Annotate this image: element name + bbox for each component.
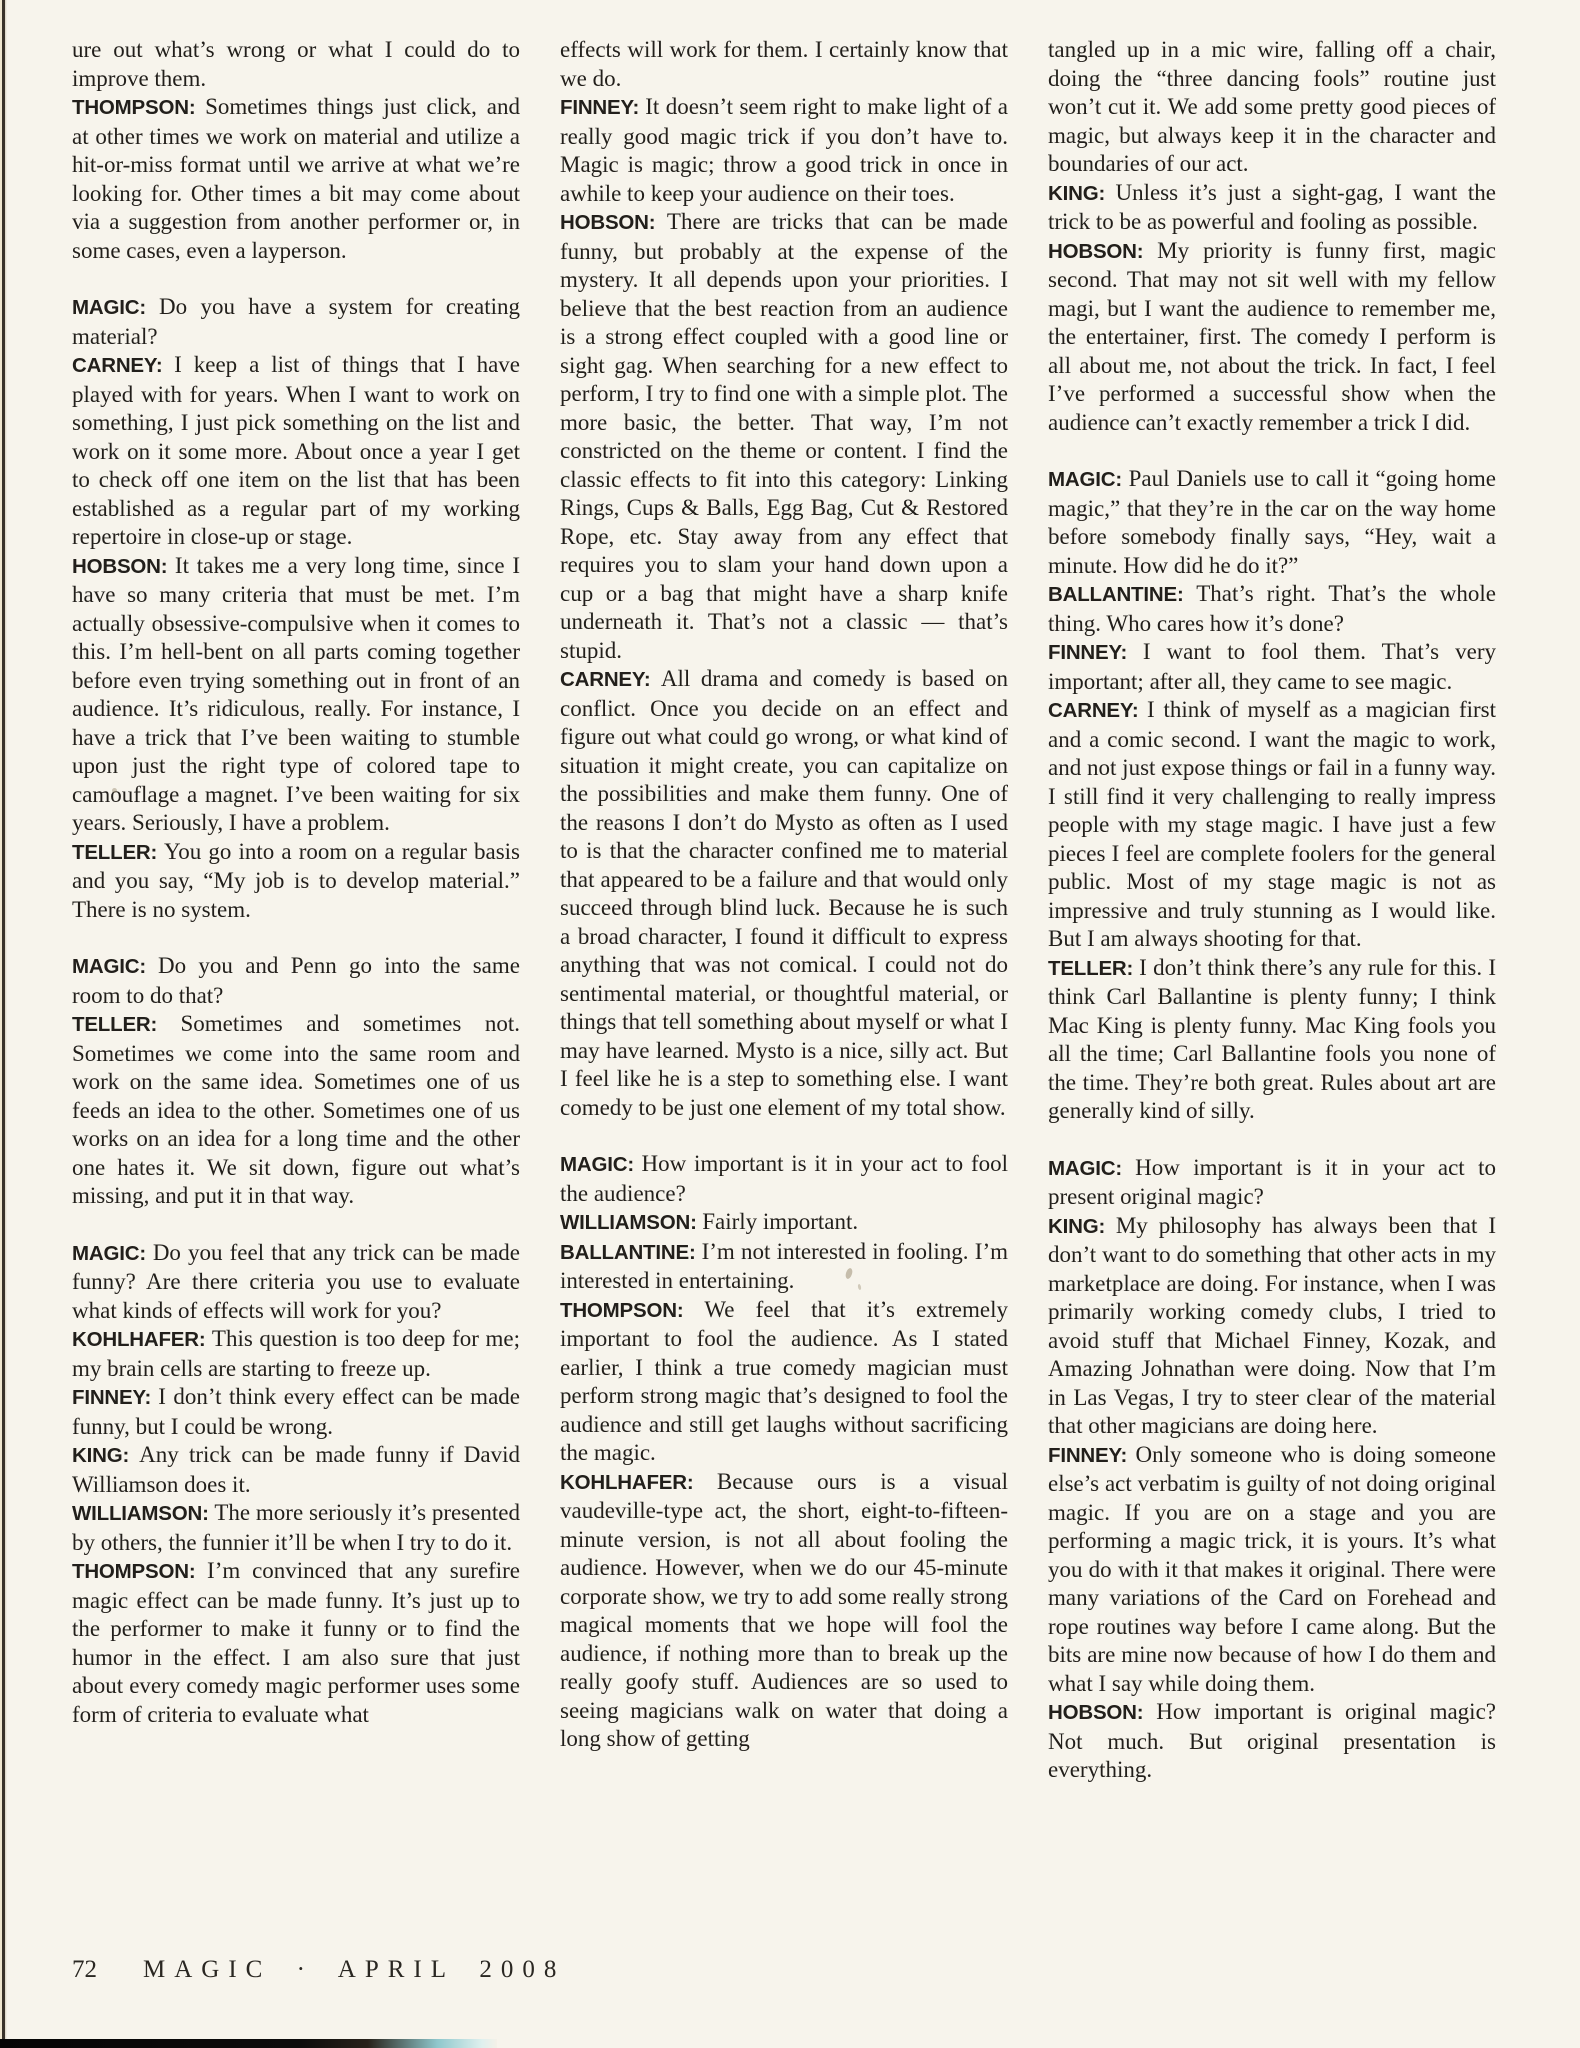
dialogue-paragraph: CARNEY: I think of myself as a magician … (1048, 696, 1496, 954)
dialogue-paragraph: KING: Unless it’s just a sight-gag, I wa… (1048, 179, 1496, 237)
dialogue-paragraph: KOHLHAFER: Because ours is a visual vaud… (560, 1468, 1008, 1754)
dialogue-paragraph: HOBSON: It takes me a very long time, si… (72, 552, 520, 838)
dialogue-paragraph: KOHLHAFER: This question is too deep for… (72, 1325, 520, 1383)
speaker-label: TELLER: (1048, 957, 1139, 980)
speaker-label: CARNEY: (1048, 699, 1147, 722)
speaker-label: KING: (72, 1444, 139, 1467)
article-column-1: ure out what’s wrong or what I could do … (72, 36, 520, 1948)
dialogue-paragraph: HOBSON: My priority is funny first, magi… (1048, 237, 1496, 438)
dialogue-paragraph: CARNEY: All drama and comedy is based on… (560, 665, 1008, 1122)
dialogue-paragraph: FINNEY: It doesn’t seem right to make li… (560, 93, 1008, 208)
dialogue-paragraph: MAGIC: How important is it in your act t… (560, 1150, 1008, 1208)
dialogue-paragraph: MAGIC: Do you and Penn go into the same … (72, 952, 520, 1010)
speaker-label: TELLER: (72, 841, 164, 864)
paper-speck (112, 788, 117, 793)
dialogue-paragraph: THOMPSON: I’m convinced that any surefir… (72, 1557, 520, 1729)
dialogue-paragraph: THOMPSON: Sometimes things just click, a… (72, 93, 520, 265)
speaker-label: KOHLHAFER: (560, 1471, 717, 1494)
speaker-label: THOMPSON: (560, 1299, 704, 1322)
speaker-label: MAGIC: (560, 1153, 642, 1176)
speaker-label: TELLER: (72, 1013, 180, 1036)
continuation-paragraph: effects will work for them. I certainly … (560, 36, 1008, 93)
dialogue-paragraph: CARNEY: I keep a list of things that I h… (72, 351, 520, 552)
dialogue-paragraph: WILLIAMSON: Fairly important. (560, 1208, 1008, 1238)
speaker-label: CARNEY: (72, 354, 174, 377)
continuation-paragraph: ure out what’s wrong or what I could do … (72, 36, 520, 93)
speaker-label: MAGIC: (72, 296, 159, 319)
article-column-3: tangled up in a mic wire, falling off a … (1048, 36, 1496, 1948)
speaker-label: FINNEY: (1048, 1444, 1136, 1467)
speaker-label: MAGIC: (72, 955, 158, 978)
speaker-label: KOHLHAFER: (72, 1328, 212, 1351)
dialogue-paragraph: MAGIC: How important is it in your act t… (1048, 1154, 1496, 1212)
speaker-label: KING: (1048, 1215, 1116, 1238)
dialogue-paragraph: MAGIC: Do you have a system for creating… (72, 293, 520, 351)
speaker-label: MAGIC: (1048, 1157, 1135, 1180)
dialogue-paragraph: BALLANTINE: I’m not interested in foolin… (560, 1238, 1008, 1296)
speaker-label: WILLIAMSON: (72, 1502, 214, 1525)
article-columns: ure out what’s wrong or what I could do … (72, 36, 1496, 1948)
speaker-label: BALLANTINE: (560, 1241, 702, 1264)
dialogue-paragraph: KING: My philosophy has always been that… (1048, 1212, 1496, 1441)
speaker-label: FINNEY: (72, 1386, 158, 1409)
speaker-label: BALLANTINE: (1048, 583, 1196, 606)
magazine-issue: MAGIC · APRIL 2008 (143, 1956, 565, 1983)
speaker-label: KING: (1048, 182, 1115, 205)
dialogue-paragraph: WILLIAMSON: The more seriously it’s pres… (72, 1499, 520, 1557)
speaker-label: THOMPSON: (72, 96, 205, 119)
dialogue-paragraph: THOMPSON: We feel that it’s extremely im… (560, 1296, 1008, 1468)
speaker-label: WILLIAMSON: (560, 1211, 702, 1234)
dialogue-paragraph: MAGIC: Do you feel that any trick can be… (72, 1239, 520, 1326)
dialogue-paragraph: KING: Any trick can be made funny if Dav… (72, 1441, 520, 1499)
dialogue-paragraph: MAGIC: Paul Daniels use to call it “goin… (1048, 465, 1496, 580)
speaker-label: CARNEY: (560, 668, 661, 691)
magazine-page: ure out what’s wrong or what I could do … (0, 0, 1580, 2048)
dialogue-paragraph: FINNEY: Only someone who is doing someon… (1048, 1441, 1496, 1699)
dialogue-paragraph: FINNEY: I don’t think every effect can b… (72, 1383, 520, 1441)
speaker-label: HOBSON: (560, 211, 667, 234)
speaker-label: HOBSON: (1048, 1701, 1156, 1724)
continuation-paragraph: tangled up in a mic wire, falling off a … (1048, 36, 1496, 179)
page-number: 72 (72, 1956, 97, 1983)
page-footer: 72MAGIC · APRIL 2008 (72, 1956, 1496, 1984)
dialogue-paragraph: TELLER: You go into a room on a regular … (72, 838, 520, 925)
speaker-label: THOMPSON: (72, 1560, 207, 1583)
speaker-label: MAGIC: (1048, 468, 1129, 491)
speaker-label: HOBSON: (72, 555, 175, 578)
speaker-label: HOBSON: (1048, 240, 1157, 263)
dialogue-paragraph: HOBSON: There are tricks that can be mad… (560, 208, 1008, 665)
speaker-label: MAGIC: (72, 1242, 153, 1265)
page-left-edge (0, 0, 7, 2048)
next-page-edge-bar (0, 2039, 497, 2048)
dialogue-paragraph: TELLER: Sometimes and sometimes not. Som… (72, 1010, 520, 1211)
dialogue-paragraph: BALLANTINE: That’s right. That’s the who… (1048, 580, 1496, 638)
dialogue-paragraph: FINNEY: I want to fool them. That’s very… (1048, 638, 1496, 696)
dialogue-paragraph: HOBSON: How important is original magic?… (1048, 1698, 1496, 1785)
speaker-label: FINNEY: (1048, 641, 1143, 664)
article-column-2: effects will work for them. I certainly … (560, 36, 1008, 1948)
dialogue-paragraph: TELLER: I don’t think there’s any rule f… (1048, 954, 1496, 1126)
speaker-label: FINNEY: (560, 96, 645, 119)
